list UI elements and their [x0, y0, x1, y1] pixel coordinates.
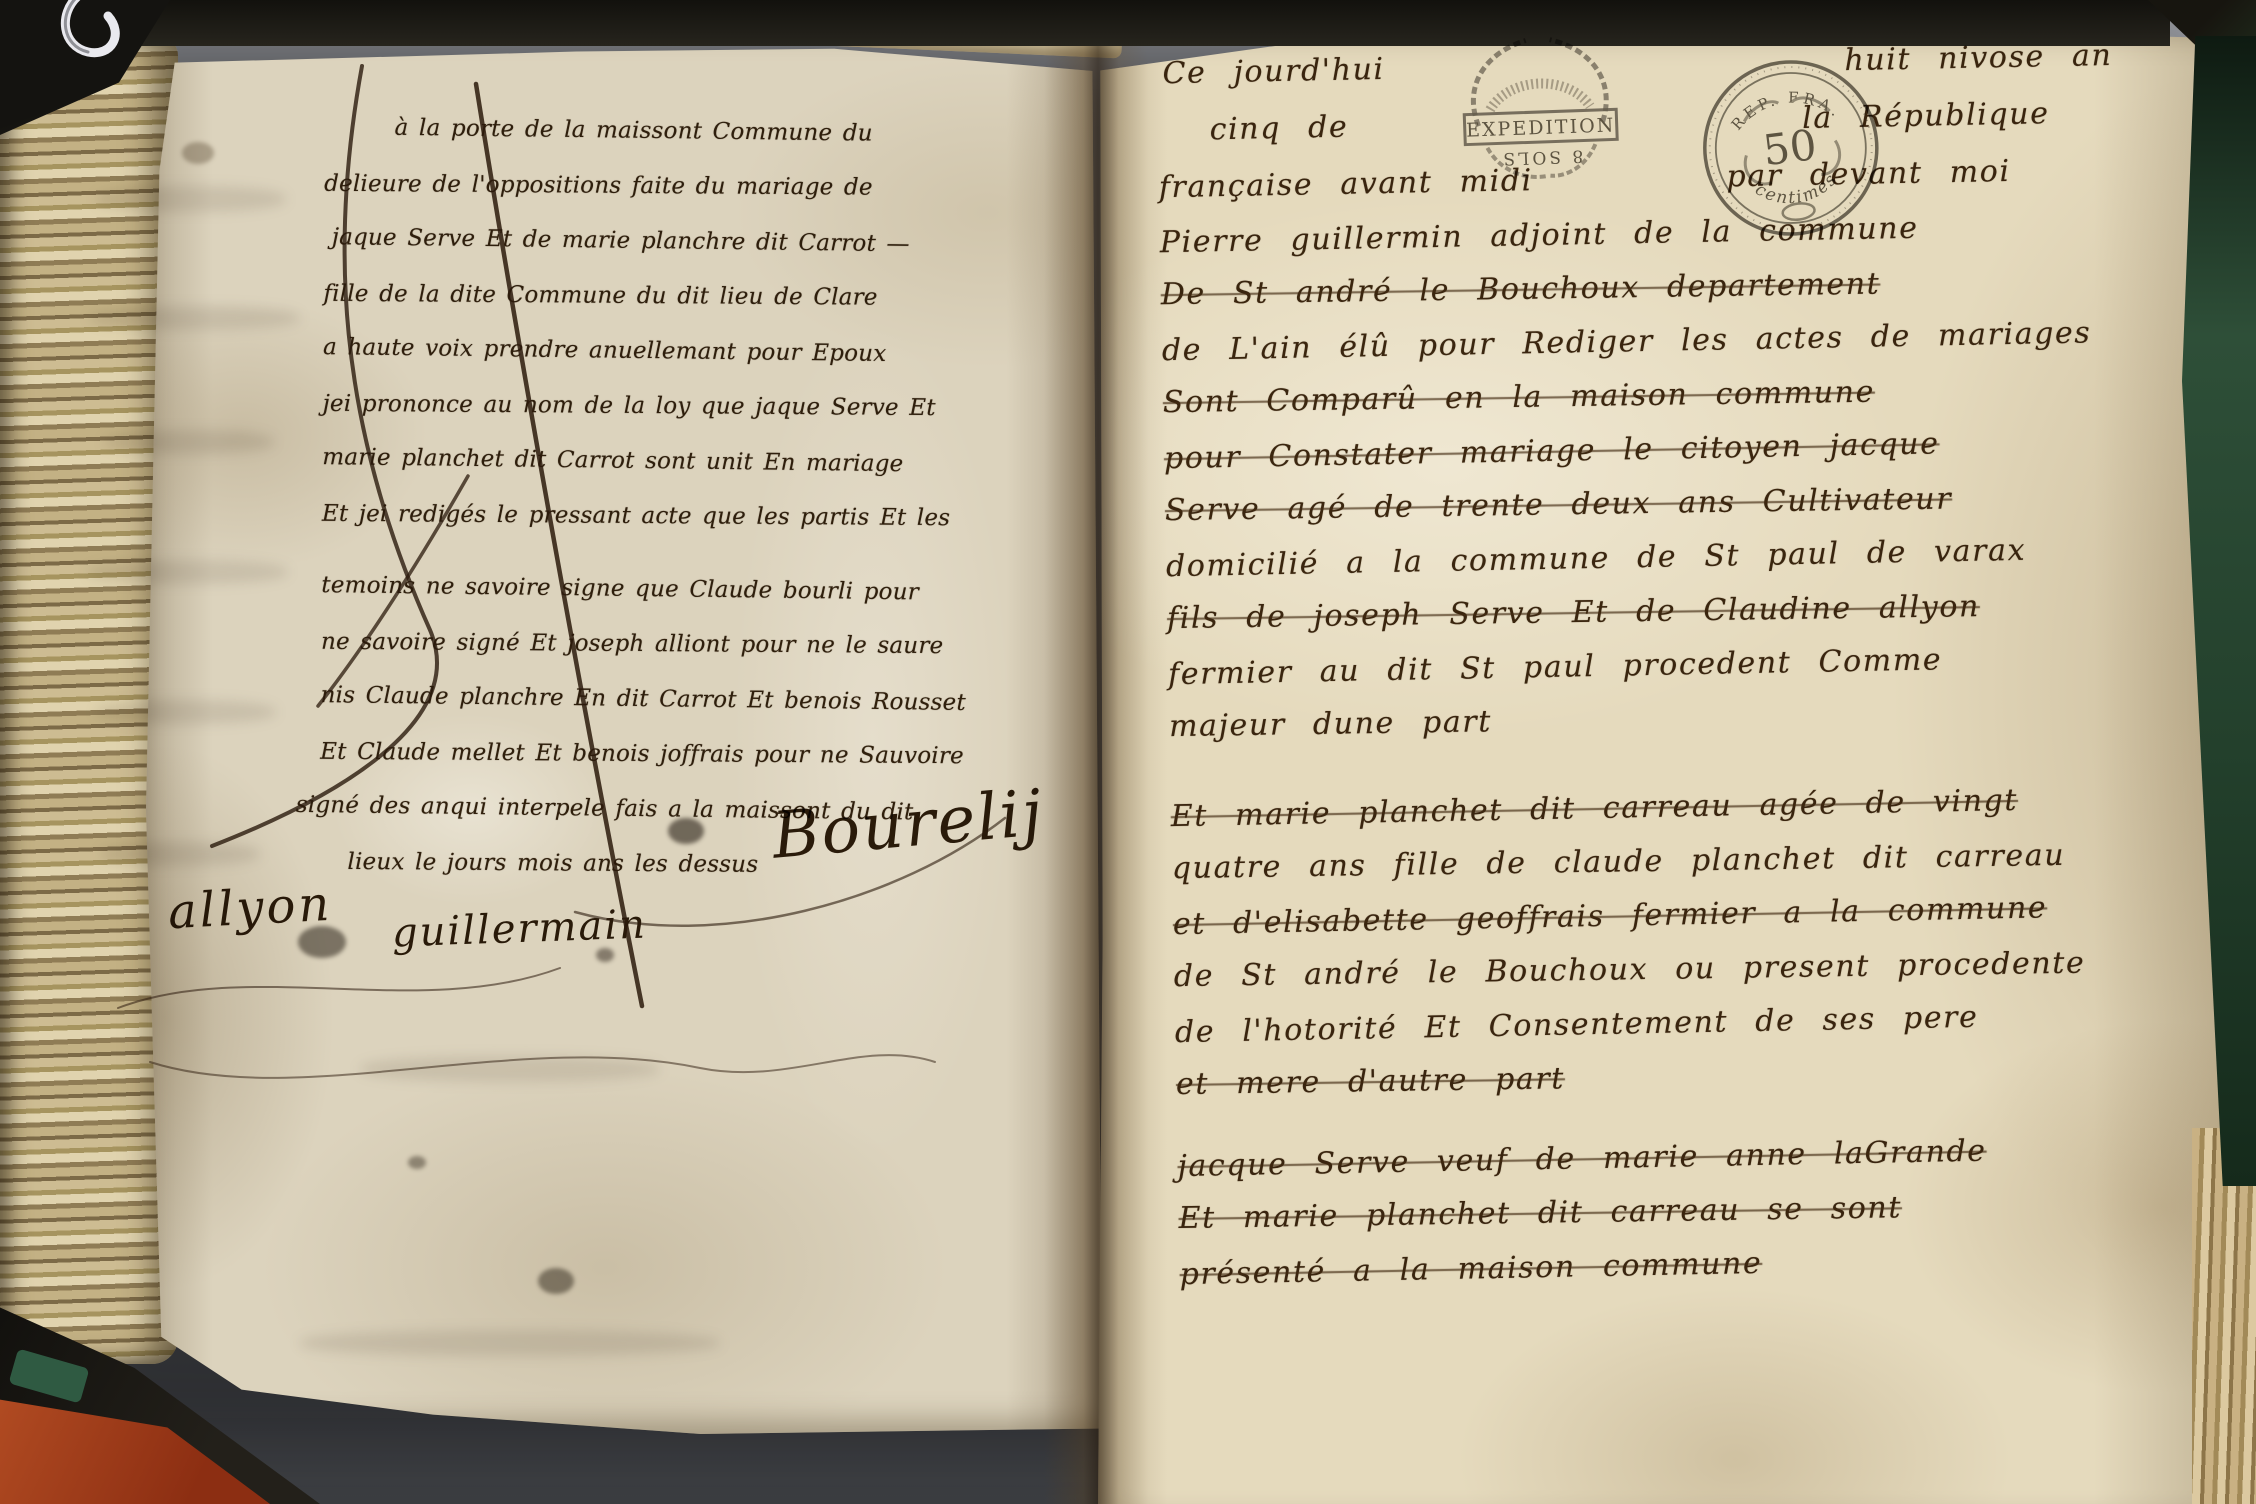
ink-blot: [538, 1268, 574, 1294]
ink-bleed-band: [88, 560, 288, 584]
ink-bleed-band: [300, 1330, 720, 1356]
ink-blot: [182, 142, 214, 164]
manuscript-line: jei prononce au nom de la loy que jaque …: [322, 377, 962, 436]
manuscript-line: nis Claude planchre En dit Carrot Et ben…: [320, 668, 961, 731]
manuscript-line: marie planchet dit Carrot sont unit En m…: [322, 430, 963, 493]
manuscript-line: temoins ne savoire signe que Claude bour…: [321, 558, 962, 621]
revenue-stamp-unit: centimes: [1749, 167, 1844, 213]
manuscript-line: a haute voix prendre anuellemant pour Ep…: [323, 320, 964, 383]
ink-bleed-band: [100, 842, 260, 866]
manuscript-line: Et Claude mellet Et benois joffrais pour…: [320, 725, 960, 784]
revenue-stamp-50-centimes: REP. FRA. 50 centimes: [1675, 38, 1908, 261]
manuscript-line: jaque Serve Et de marie planchre dit Car…: [331, 210, 964, 273]
manuscript-line: Ce jourd'hui: [1162, 42, 1385, 100]
book-gutter-shadow: [1044, 26, 1148, 1504]
manuscript-line: delieure de l'oppositions faite du maria…: [324, 157, 964, 216]
left-page-text: à la porte de la maissont Commune dudeli…: [319, 102, 964, 894]
binder-clip-icon: [44, 0, 140, 78]
right-page-body: Pierre guillermin adjoint de la communeD…: [1159, 198, 2140, 1302]
ink-bleed-band: [90, 306, 300, 330]
manuscript-line: Et jei redigés le pressant acte que les …: [322, 487, 962, 546]
manuscript-register-photo: à la porte de la maissont Commune dudeli…: [0, 0, 2256, 1504]
svg-text:centimes: centimes: [1749, 167, 1844, 213]
ink-bleed-band: [96, 700, 276, 724]
manuscript-line: fille de la dite Commune du dit lieu de …: [323, 267, 963, 326]
ink-blot: [596, 948, 614, 962]
ink-bleed-band: [104, 430, 274, 454]
signature-guillermain: guillermain: [391, 902, 647, 957]
ink-bleed-band: [360, 1056, 660, 1082]
manuscript-line: cinq de: [1209, 100, 1349, 157]
signature-allyon: allyon: [167, 876, 334, 941]
expedition-stamp-banner: EXPEDITION: [1466, 114, 1616, 141]
expedition-stamp: EXPEDITION 8 SOLS: [1447, 21, 1633, 191]
expedition-stamp-value: 8 SOLS: [1500, 146, 1583, 169]
revenue-stamp-value: 50: [1760, 120, 1819, 175]
right-page-text: Ce jourd'hui huit nivose an cinq de la R…: [1156, 27, 2140, 1302]
ink-bleed-band: [96, 186, 286, 212]
manuscript-line: ne savoire signé Et joseph alliont pour …: [321, 615, 961, 674]
manuscript-line: à la porte de la maissont Commune du: [394, 101, 965, 163]
ink-blot: [408, 1156, 426, 1169]
